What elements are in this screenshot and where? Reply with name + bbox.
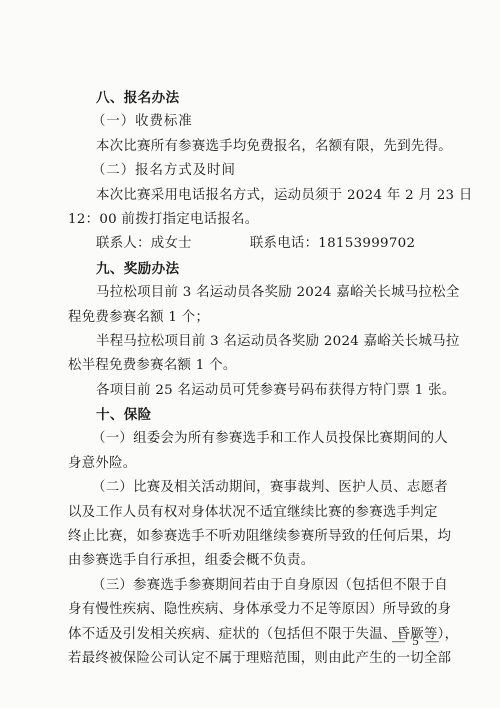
section-10-p1-line1: （一）组委会为所有参赛选手和工作人员投保比赛期间的人 [68,427,448,451]
section-8-sub1-title: （一）收费标准 [68,110,448,134]
section-8-heading: 八、报名办法 [68,86,448,110]
section-8-sub1-text: 本次比赛所有参赛选手均免费报名，名额有限，先到先得。 [68,135,448,159]
section-8-sub2-title: （二）报名方式及时间 [68,159,448,183]
section-9-p2-line2: 松半程免费参赛名额 1 个。 [68,354,448,378]
section-10-heading: 十、保险 [68,403,448,427]
section-10-p3-line2: 身有慢性疾病、隐性疾病、身体承受力不足等原因）所导致的身 [68,598,448,622]
contact-phone: 联系电话：18153999702 [250,236,415,251]
section-9-p1-line2: 程免费参赛名额 1 个； [68,306,448,330]
contact-person: 联系人：成女士 [96,236,192,251]
section-10-p2-line3: 终止比赛，如参赛选手不听劝阻继续参赛所导致的任何后果，均 [68,525,448,549]
section-10-p3-line4: 若最终被保险公司认定不属于理赔范围，则由此产生的一切全部 [68,647,448,671]
section-10-p3-line1: （三）参赛选手参赛期间若由于自身原因（包括但不限于自 [68,574,448,598]
section-8-sub2-text-line2: 12：00 前拨打指定电话报名。 [68,208,448,232]
document-page: 八、报名办法 （一）收费标准 本次比赛所有参赛选手均免费报名，名额有限，先到先得… [68,86,448,671]
section-8-sub2-text-line1: 本次比赛采用电话报名方式，运动员须于 2024 年 2 月 23 日 [68,184,448,208]
page-number: — 5 — [392,633,441,649]
section-10-p2-line4: 由参赛选手自行承担，组委会概不负责。 [68,549,448,573]
section-9-p3: 各项目前 25 名运动员可凭参赛号码布获得方特门票 1 张。 [68,379,448,403]
section-10-p2-line2: 以及工作人员有权对身体状况不适宜继续比赛的参赛选手判定 [68,501,448,525]
section-9-heading: 九、奖励办法 [68,257,448,281]
contact-line: 联系人：成女士联系电话：18153999702 [68,232,448,256]
section-10-p2-line1: （二）比赛及相关活动期间，赛事裁判、医护人员、志愿者 [68,476,448,500]
section-9-p1-line1: 马拉松项目前 3 名运动员各奖励 2024 嘉峪关长城马拉松全 [68,281,448,305]
section-10-p1-line2: 身意外险。 [68,452,448,476]
section-10-p3-line3: 体不适及引发相关疾病、症状的（包括但不限于失温、昏厥等）， [68,623,448,647]
section-9-p2-line1: 半程马拉松项目前 3 名运动员各奖励 2024 嘉峪关长城马拉 [68,330,448,354]
